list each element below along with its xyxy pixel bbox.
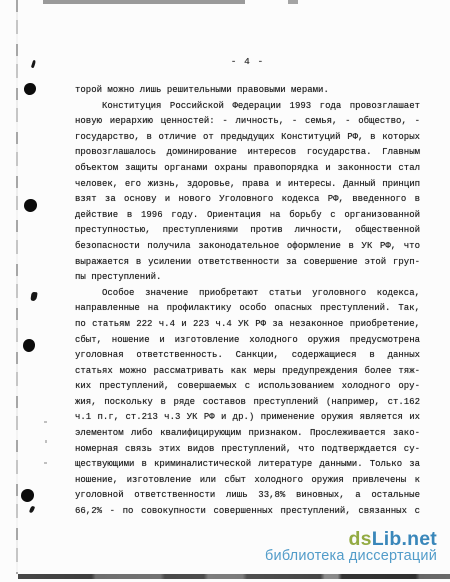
ink-blot-mark-1 bbox=[31, 60, 36, 69]
text-line: выражается в усилении ответственности за… bbox=[75, 255, 420, 271]
text-line: ких преступлений, совершаемых с использо… bbox=[75, 379, 420, 395]
text-line: жия, поскольку в ряде составов преступле… bbox=[75, 395, 420, 411]
text-line: объектом защиты органами охраны правопор… bbox=[75, 161, 420, 177]
scan-speck-1 bbox=[44, 421, 47, 423]
text-line: торой можно лишь решительными правовыми … bbox=[75, 83, 420, 99]
text-line: человек, его жизнь, здоровье, права и ин… bbox=[75, 177, 420, 193]
punch-hole-mark-3 bbox=[23, 339, 35, 352]
text-line: действие в 1996 году. Ориентация на борь… bbox=[75, 208, 420, 224]
punch-hole-mark-1 bbox=[24, 83, 36, 95]
text-line: статьях можно рассматривать как меры пре… bbox=[75, 364, 420, 380]
text-line: ч.1 п.г, ст.213 ч.3 УК РФ и др.) примене… bbox=[75, 410, 420, 426]
scan-edge-strip-top bbox=[43, 0, 245, 4]
document-lines: торой можно лишь решительными правовыми … bbox=[75, 83, 420, 520]
library-subtitle: библиотека диссертаций bbox=[265, 549, 437, 564]
punch-hole-mark-2 bbox=[24, 199, 37, 212]
scan-speck-2 bbox=[45, 440, 47, 443]
text-line: государство, в отличие от предыдущих Кон… bbox=[75, 130, 420, 146]
text-line: направленные на профилактику особо опасн… bbox=[75, 301, 420, 317]
text-line: Особое значение приобретают статьи уголо… bbox=[75, 286, 420, 302]
ink-blot-mark-2 bbox=[30, 292, 37, 302]
text-line: провозглашалось доминирование интересов … bbox=[75, 145, 420, 161]
scan-fold-line bbox=[16, 0, 18, 574]
text-line: элементом либо квалифицирующим признаком… bbox=[75, 426, 420, 442]
text-line: пы преступлений. bbox=[75, 270, 420, 286]
logo-ds-part: ds bbox=[349, 528, 372, 550]
text-line: новую иерархию ценностей: - личность, - … bbox=[75, 114, 420, 130]
text-line: ществующими в криминалистической литерат… bbox=[75, 457, 420, 473]
scan-edge-strip-bottom bbox=[18, 574, 450, 579]
text-line: номерная связь этих видов преступлений, … bbox=[75, 442, 420, 458]
dslib-logo: dsLib.net bbox=[265, 529, 437, 549]
text-line: уголовная ответственность. Санкции, соде… bbox=[75, 348, 420, 364]
scan-edge-strip-top-fragment bbox=[288, 0, 298, 4]
text-line: по статьям 222 ч.4 и 223 ч.4 УК РФ за не… bbox=[75, 317, 420, 333]
text-line: уголовной ответственности лишь 33,8% вин… bbox=[75, 488, 420, 504]
scan-speck-3 bbox=[44, 462, 47, 464]
page-number: - 4 - bbox=[75, 56, 420, 67]
text-line: 66,2% - по совокупности совершенных прес… bbox=[75, 504, 420, 520]
text-line: Конституция Российской Федерации 1993 го… bbox=[75, 99, 420, 115]
text-line: сбыт, ношение и изготовление холодного о… bbox=[75, 333, 420, 349]
logo-libnet-part: Lib.net bbox=[372, 528, 437, 550]
punch-hole-mark-4 bbox=[21, 489, 34, 502]
scanned-document-page: - 4 - торой можно лишь решительными прав… bbox=[0, 0, 450, 582]
text-line: преступностью, преступлениями против лич… bbox=[75, 223, 420, 239]
ink-blot-mark-3 bbox=[29, 506, 35, 514]
library-watermark: dsLib.net библиотека диссертаций bbox=[265, 529, 437, 564]
text-line: взят за основу и нового Уголовного кодек… bbox=[75, 192, 420, 208]
text-line: безопасности получила законодательное оф… bbox=[75, 239, 420, 255]
text-line: ношение, изготовление или сбыт холодного… bbox=[75, 473, 420, 489]
